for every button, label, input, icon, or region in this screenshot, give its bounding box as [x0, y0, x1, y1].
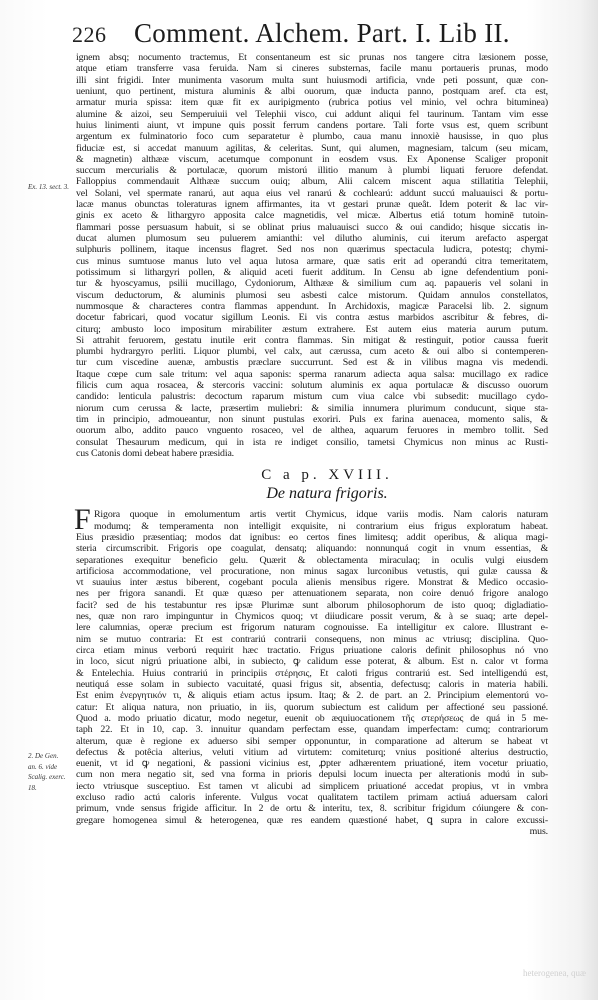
text-line: fiduciæ est, si accedat manuum agilitas,… [76, 143, 548, 154]
text-line: filicis cum aqua rosacea, & stercoris va… [76, 380, 548, 391]
text-line: catur: Et aliqua natura, non priuatio, i… [76, 702, 548, 713]
text-line: defectus & potêcia alterius, veluti viti… [76, 747, 548, 758]
text-line: modumq; & temperamenta non intelligit ex… [76, 521, 548, 532]
bleed-through-text: heterogenea, quæ [523, 968, 586, 978]
text-line: succum mercurialis & portulacæ, quorum m… [76, 165, 548, 176]
text-line: euenit, vt id ꝙ negationi, & passioni vi… [76, 758, 548, 769]
book-page: 226 Comment. Alchem. Part. I. Lib II. Ex… [0, 0, 598, 1000]
text-line: plumbi hydrargyro perliti. Liquor plumbi… [76, 346, 548, 357]
text-line: huius linimenti aiunt, vt impune quis po… [76, 120, 548, 131]
chapter-number: C a p. XVIII. [76, 465, 548, 485]
text-line: consulat Thesaurum medicum, qui in ista … [76, 437, 548, 448]
chapter-title: De natura frigoris. [76, 485, 548, 505]
text-line: tur & hyoscyamus, psilii mucillago, Cydo… [76, 278, 548, 289]
text-line: lere calumnias, operæ precium est frigor… [76, 622, 548, 633]
running-header: 226 Comment. Alchem. Part. I. Lib II. [72, 18, 542, 48]
text-line: alumine & aizoi, seu Semperuiuii vel Tel… [76, 109, 548, 120]
text-line: potissimum si lithargyri pollen, & aliqu… [76, 267, 548, 278]
text-line: viscum deductorum, & aluminis plumosi se… [76, 290, 548, 301]
text-line: Eius præsidio præsentiaq; modos dat igni… [76, 532, 548, 543]
text-line: nim se mutuo contraria: Et est contrariú… [76, 634, 548, 645]
text-line: Quod a. modo priuatio dicatur, modo nege… [76, 713, 548, 724]
text-line: separationes exequitur beneficio gelu. Q… [76, 555, 548, 566]
text-line: vel Solani, vel spermate ranarú, aut aqu… [76, 188, 548, 199]
text-line: gregare homogenea simul & heterogenea, q… [76, 815, 548, 826]
text-line: armatur muria spissa: item quæ fit ex au… [76, 97, 548, 108]
text-line: cus minus sumtuose manus luto vel aqua l… [76, 256, 548, 267]
paragraph-1: ignem absq; nocumento tractemus, Et cons… [76, 52, 548, 459]
text-line: & magnetin) althææ viscum, acetumque com… [76, 154, 548, 165]
text-line: vt suauius inter æstus biberent, cogeban… [76, 577, 548, 588]
text-line: excluso radio actú caloris inferente. Vu… [76, 792, 548, 803]
running-title: Comment. Alchem. Part. I. Lib II. [134, 18, 510, 49]
text-line: neutiquá esse solam in subiecto vacuitat… [76, 679, 548, 690]
text-line: argentum ex fulminatorio foco cum separa… [76, 131, 548, 142]
margin-note-line: Scalig. exerc. [28, 772, 66, 783]
margin-note-ex13: Ex. 13. sect. 3. [28, 182, 69, 193]
page-body: ignem absq; nocumento tractemus, Et cons… [76, 52, 548, 837]
text-line: ducat alumen plumosum seu puluerem amian… [76, 233, 548, 244]
text-line: cus Catonis domi debeat habere præsidia. [76, 448, 548, 459]
text-line: nummosque & characteres contra flammas a… [76, 301, 548, 312]
text-line: flammari posse persuasum habuit, si se o… [76, 222, 548, 233]
text-line: candido: lenticula palustris: decoctum r… [76, 391, 548, 402]
text-line: steria circumscribit. Frigoris ope coagu… [76, 543, 548, 554]
text-line: nes per frigora sanandi. Et quæ quæso pe… [76, 588, 548, 599]
text-line: facit? sed de his testabuntur res ipsæ P… [76, 600, 548, 611]
text-line: & Entelechia. Huius contrariú in princip… [76, 668, 548, 679]
text-line: Falloppius commendauit Althææ succum oui… [76, 176, 548, 187]
text-line: circa etiam minus verború requirit hæc t… [76, 645, 548, 656]
margin-note-line: an. 6. vide [28, 762, 66, 773]
text-line: citurq; ambusto loco impositum mirabilit… [76, 324, 548, 335]
text-line: Si attrahit feruorem, gestatu inutile er… [76, 335, 548, 346]
margin-note-line: 18. [28, 783, 66, 794]
text-line: ueniunt, quo pertinent, mistura aluminis… [76, 86, 548, 97]
text-line: sulphuris pollinem, itaque incensus flag… [76, 244, 548, 255]
text-line: taph 22. Et in 10, cap. 3. innuitur quan… [76, 724, 548, 735]
text-line: nes, quæ non raro impinguntur in Chymico… [76, 611, 548, 622]
paragraph-2: F Rigora quoque in emolumentum artis ver… [76, 509, 548, 837]
text-line: primum, vnde sensus frigide afficitur. I… [76, 803, 548, 814]
text-line: alterum, quæ è regione ex aduerso sibi s… [76, 736, 548, 747]
margin-note-de-gen: 2. De Gen. an. 6. vide Scalig. exerc. 18… [28, 751, 66, 793]
text-line: Itaque cœpe cum sale tritum: vel aqua sa… [76, 369, 548, 380]
text-line: ouorum albo, addito pauco vnguento rosac… [76, 425, 548, 436]
text-line: tim in principio, admoueantur, non sinun… [76, 414, 548, 425]
text-line: ginis ex aceto & lithargyro apposita cal… [76, 210, 548, 221]
text-line: tur cum viscedine auenæ, ambustis præcla… [76, 357, 548, 368]
text-line: ignem absq; nocumento tractemus, Et cons… [76, 52, 548, 63]
text-line: artificiosa accommodatione, vel procurat… [76, 566, 548, 577]
text-line: lacæ manus obunctas toleraturas ignem af… [76, 199, 548, 210]
text-line: atque etiam transferre vasa feruida. Nam… [76, 63, 548, 74]
text-line: Rigora quoque in emolumentum artis verti… [76, 509, 548, 520]
catchword: mus. [76, 826, 548, 837]
text-line: in loco, sicut nigrú priuatione albi, in… [76, 656, 548, 667]
text-line: Est enim ἐνεργητικόν τι, & aliquis etiam… [76, 690, 548, 701]
page-number: 226 [72, 22, 134, 48]
text-line: docetur fabricari, quod vocatur sigillum… [76, 312, 548, 323]
text-line: cum non mera negatio sit, sed vna forma … [76, 769, 548, 780]
text-line: niorum cum cerussa & lacte, præsertim mu… [76, 403, 548, 414]
drop-cap: F [74, 507, 91, 533]
text-line: iecto vtriusque susceptiuo. Est tamen vt… [76, 781, 548, 792]
text-line: illi sint frigidi. Inter munimenta vasor… [76, 75, 548, 86]
margin-note-line: 2. De Gen. [28, 751, 66, 762]
